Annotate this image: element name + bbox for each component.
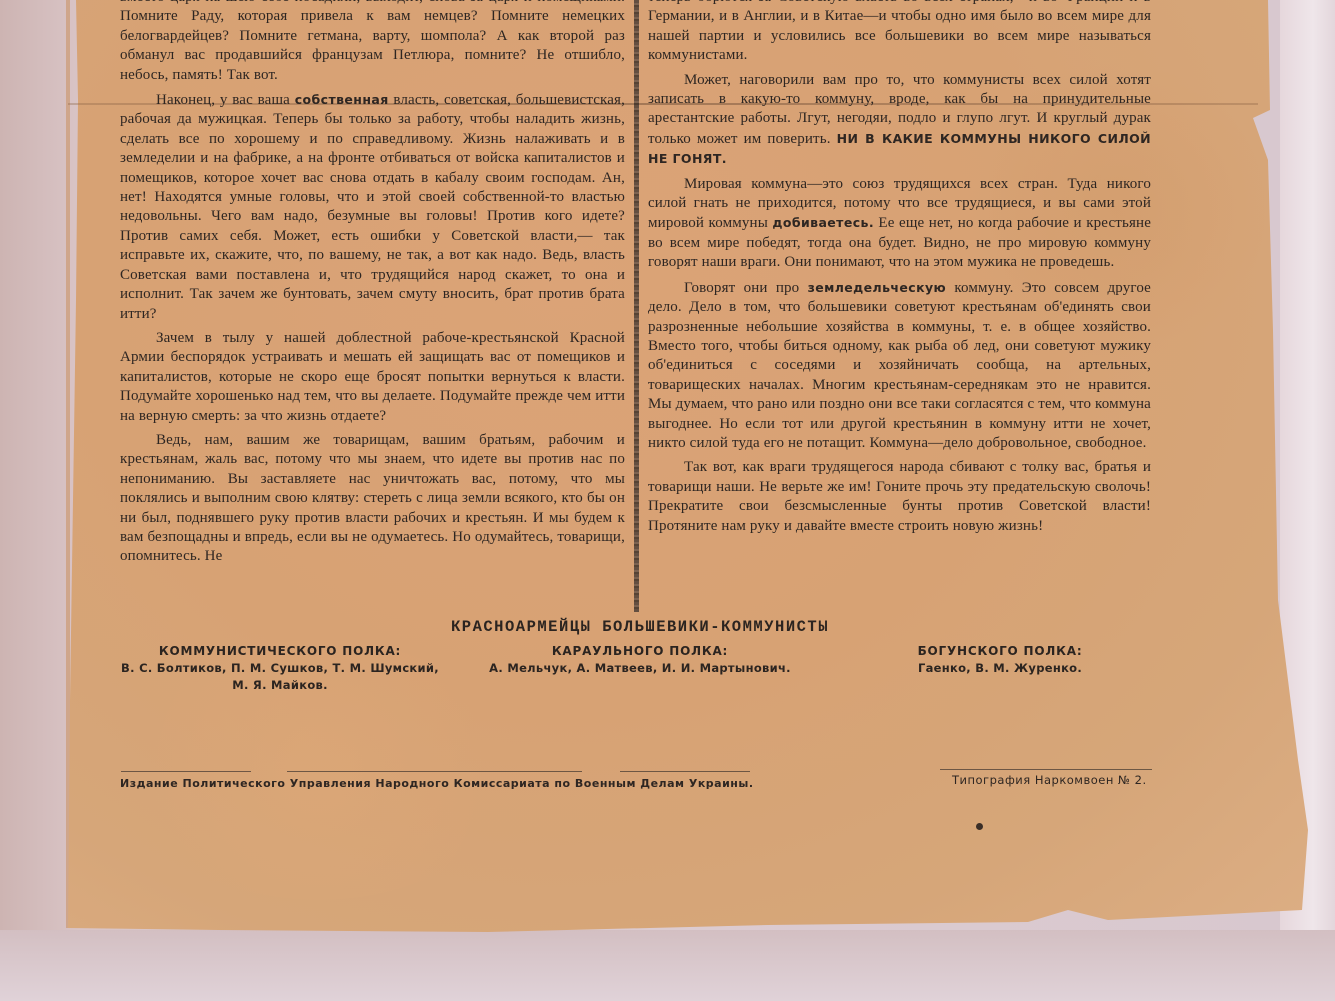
paragraph-text: коммуну. Это совсем другое дело. Дело в …: [648, 280, 1151, 451]
emphasized-text: добиваетесь.: [772, 215, 874, 230]
imprint-rule: [121, 771, 251, 772]
article-paragraph: Ведь, нам, вашим же товарищам, вашим бра…: [120, 431, 625, 567]
imprint-rule: [940, 769, 1152, 770]
signatory-line: В. С. Болтиков, П. М. Сушков, Т. М. Шумс…: [110, 660, 450, 677]
signature-group-communist-regiment: КОММУНИСТИЧЕСКОГО ПОЛКА: В. С. Болтиков,…: [110, 644, 450, 694]
article-paragraph: Так вот, как враги трудящегося народа сб…: [648, 458, 1151, 536]
regiment-name: КОММУНИСТИЧЕСКОГО ПОЛКА:: [110, 644, 450, 658]
article-paragraph: теперь борются за Советскую власть во вс…: [648, 0, 1151, 66]
signatory-names: В. С. Болтиков, П. М. Сушков, Т. М. Шумс…: [110, 660, 450, 694]
regiment-name: КАРАУЛЬНОГО ПОЛКА:: [475, 644, 805, 658]
article-paragraph: Говорят они про земледельческую коммуну.…: [648, 278, 1151, 454]
signatory-line: А. Мельчук, А. Матвеев, И. И. Мартынович…: [475, 660, 805, 677]
signatures-title: КРАСНОАРМЕЙЦЫ БОЛЬШЕВИКИ-КОММУНИСТЫ: [400, 618, 880, 636]
column-divider-rule: [634, 0, 639, 612]
signatory-line: М. Я. Майков.: [110, 677, 450, 694]
paragraph-text: теперь борются за Советскую власть во вс…: [648, 0, 1151, 63]
right-text-column: теперь борются за Советскую власть во вс…: [648, 0, 1151, 541]
paragraph-text: Так вот, как враги трудящегося народа сб…: [648, 459, 1151, 533]
article-paragraph: Мировая коммуна—это союз трудящихся всех…: [648, 175, 1151, 273]
emphasized-text: земледельческую: [808, 280, 946, 295]
paragraph-text: Наконец, у вас ваша: [156, 92, 295, 108]
ink-dot: [976, 823, 983, 830]
printer-imprint: Типография Наркомвоен № 2.: [952, 773, 1147, 787]
left-text-column: вместо царя на шею себе посадили, выходи…: [120, 0, 625, 572]
signatory-names: Гаенко, В. М. Журенко.: [900, 660, 1100, 677]
article-paragraph: Наконец, у вас ваша собственная власть, …: [120, 90, 625, 324]
article-paragraph: Может, наговорили вам про то, что коммун…: [648, 71, 1151, 170]
publisher-imprint: Издание Политического Управления Народно…: [120, 777, 754, 790]
signatory-names: А. Мельчук, А. Матвеев, И. И. Мартынович…: [475, 660, 805, 677]
paragraph-text: Ведь, нам, вашим же товарищам, вашим бра…: [120, 432, 625, 564]
backdrop-table: [0, 930, 1335, 1001]
signatory-line: Гаенко, В. М. Журенко.: [900, 660, 1100, 677]
article-paragraph: вместо царя на шею себе посадили, выходи…: [120, 0, 625, 85]
paragraph-text: Зачем в тылу у нашей доблестной рабоче-к…: [120, 330, 625, 424]
regiment-name: БОГУНСКОГО ПОЛКА:: [900, 644, 1100, 658]
paragraph-text: Говорят они про: [684, 280, 808, 296]
emphasized-text: собственная: [295, 92, 389, 107]
paragraph-text: власть, советская, большевистская, рабоч…: [120, 92, 625, 321]
imprint-rule: [287, 771, 582, 772]
imprint-rule: [620, 771, 750, 772]
paragraph-text: вместо царя на шею себе посадили, выходи…: [120, 0, 625, 83]
signature-group-guard-regiment: КАРАУЛЬНОГО ПОЛКА: А. Мельчук, А. Матвее…: [475, 644, 805, 677]
article-paragraph: Зачем в тылу у нашей доблестной рабоче-к…: [120, 329, 625, 426]
signature-group-bohun-regiment: БОГУНСКОГО ПОЛКА: Гаенко, В. М. Журенко.: [900, 644, 1100, 677]
